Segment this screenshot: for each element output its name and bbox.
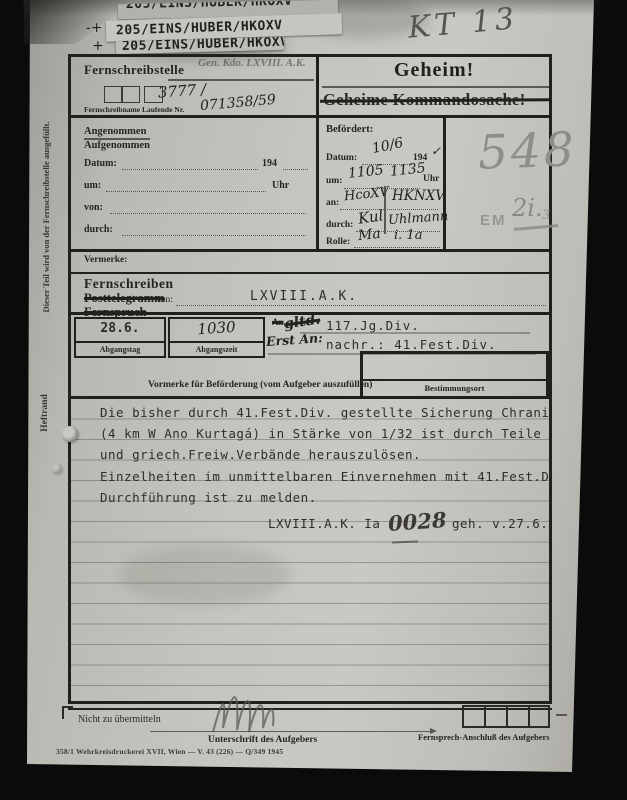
received-year: 194 (262, 158, 277, 169)
forwarded-year-mark: ✓ (431, 144, 441, 158)
type-fernschreiben: Fernschreiben (84, 276, 174, 292)
office-label: Fernschreibstelle (84, 62, 184, 78)
office-underline (168, 79, 314, 81)
signoff-suffix: geh. v.27.6. (452, 516, 548, 531)
dash-mark (556, 714, 567, 716)
divider (443, 115, 446, 250)
forwarded-rolle-label: Rolle: (326, 237, 350, 247)
signoff-prefix: LXVIII.A.K. Ia (268, 516, 380, 531)
forwarded-rolle-value1: Ma (357, 226, 381, 244)
vormerke-befoerderung-label: Vormerke für Beförderung (vom Aufgeber a… (148, 380, 372, 390)
divider (528, 707, 530, 726)
message-line: (4 km W Ano Kurtagá) in Stärke von 1/32 … (100, 426, 549, 441)
office-sublabel: Fernschreibname Laufende Nr. (84, 105, 184, 114)
blank-line (300, 332, 530, 334)
received-um-label: um: (84, 180, 101, 191)
message-line: Die bisher durch 41.Fest.Div. gestellte … (100, 405, 549, 420)
message-line: Durchführung ist zu melden. (100, 490, 317, 505)
received-title2: Aufgenommen (84, 140, 150, 151)
an-label: An (272, 317, 284, 327)
sender-value: LXVIII.A.K. (250, 289, 358, 304)
abgangstag-value: 28.6. (76, 321, 164, 336)
received-von-label: von: (84, 202, 103, 213)
blank-line (122, 168, 258, 170)
forwarded-durch-label: durch: (326, 220, 353, 230)
registry-em-stamp: EM (480, 212, 507, 229)
registry-pencil-suffix: 3 (542, 208, 550, 223)
recipient-value: 117.Jg.Div. (326, 318, 420, 333)
blank-line (106, 190, 266, 192)
forwarded-rolle-value2: i. 1a (394, 228, 422, 243)
message-body: Die bisher durch 41.Fest.Div. gestellte … (100, 399, 549, 701)
received-durch-label: durch: (84, 224, 113, 235)
forwarded-durch-value1: Kul (357, 206, 385, 227)
column-divider (384, 186, 386, 234)
left-margin-text: Dieser Teil wird von der Fernschreibstel… (41, 67, 51, 367)
abgangstag-label: Abgangstag (76, 345, 164, 354)
received-uhr-label: Uhr (272, 180, 289, 191)
pencil-dash (392, 541, 418, 544)
signature-scribble (195, 684, 325, 736)
type-posttelegramm: Posttelegramm (84, 291, 165, 306)
blank-line (354, 246, 440, 248)
registry-pencil-number: 548 (477, 122, 578, 180)
forwarded-an-label: an: (326, 198, 339, 208)
pen-mark: + (92, 38, 104, 54)
divider (316, 56, 319, 250)
blank-line (110, 212, 306, 214)
received-datum-label: Datum: (84, 158, 117, 169)
signature-label: Unterschrift des Aufgebers (208, 735, 317, 745)
blank-line (283, 168, 308, 170)
corner-mark (62, 706, 73, 719)
office-stamp: Gen. Kdo. LXVIII. A.K. (198, 57, 315, 69)
copy-to-value: nachr.: 41.Fest.Div. (326, 337, 497, 352)
punch-hole (52, 464, 62, 474)
form-cell (121, 86, 140, 103)
scanned-teletype-form: 205/EINS/HUBER/HKOXV 205/EINS/HUBER/HKOX… (0, 0, 627, 800)
received-title1: Angenommen (84, 126, 146, 137)
vermerke-label: Vermerke: (84, 255, 127, 265)
message-line: Einzelheiten im unmittelbaren Einvernehm… (100, 469, 549, 484)
divider (71, 272, 549, 274)
signoff-number: 0028 (387, 507, 447, 536)
geheim-label: Geheim! (394, 59, 474, 82)
signature-line (150, 731, 430, 732)
blank-line (176, 304, 546, 306)
divider (484, 707, 486, 726)
abgangszeit-label: Abgangszeit (170, 345, 263, 354)
divider (363, 379, 546, 381)
forwarded-title: Befördert: (326, 124, 373, 135)
forwarded-datum-label: Datum: (326, 153, 357, 163)
forwarded-an-value2: HKNXV (392, 188, 445, 204)
divider (506, 707, 508, 726)
pen-mark: -+ (86, 20, 102, 36)
phone-label: Fernsprech-Anschluß des Aufgebers (418, 732, 550, 742)
punch-hole (62, 426, 78, 442)
heftrand-label: Heftrand (40, 378, 50, 448)
divider (170, 341, 263, 343)
divider (322, 86, 549, 88)
forwarded-uhr-label: Uhr (423, 174, 439, 184)
divider (71, 115, 549, 118)
divider (76, 341, 164, 343)
forwarded-um-label: um: (326, 176, 342, 186)
print-note: 358/1 Wehrkreisdruckerei XVII, Wien — V.… (56, 747, 283, 756)
registry-pencil-initial: 2i. (512, 194, 543, 222)
not-transmit-label: Nicht zu übermitteln (78, 714, 161, 725)
blank-line (122, 234, 306, 236)
message-line: und griech.Freiw.Verbände herauszulösen. (100, 447, 421, 462)
type-von-label: von: (156, 295, 173, 305)
bestimmungsort-label: Bestimmungsort (363, 383, 546, 393)
divider (71, 249, 549, 252)
